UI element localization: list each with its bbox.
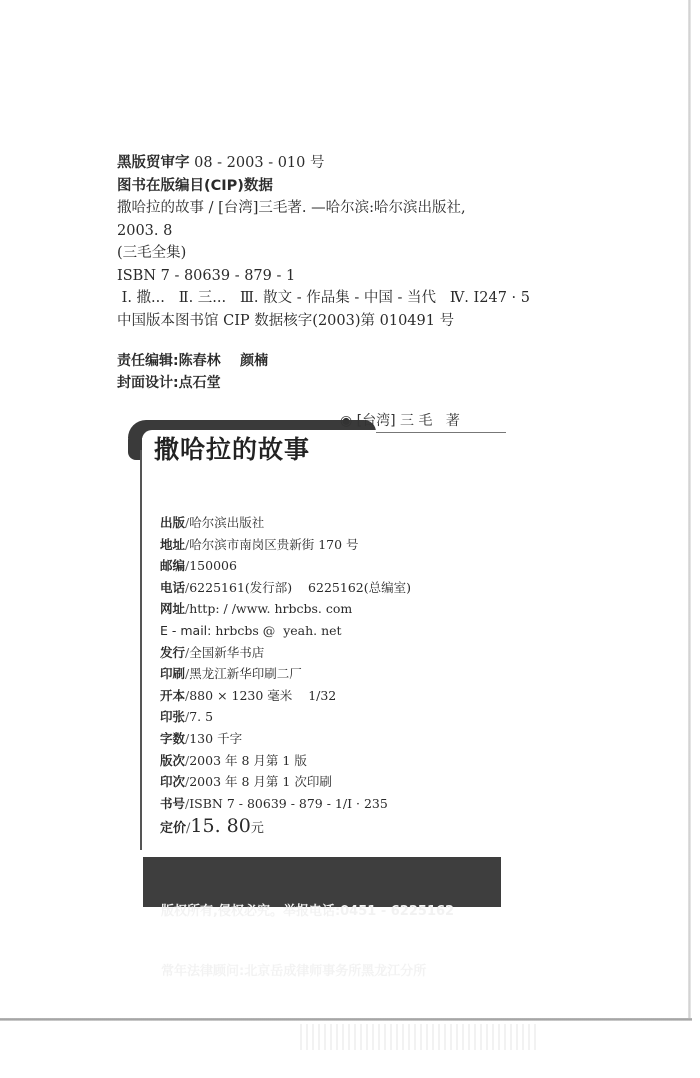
colophon-key: 印次 [160, 774, 185, 789]
colophon-value: 2003 年 8 月第 1 版 [189, 753, 307, 768]
colophon-key: 出版 [160, 515, 185, 530]
cip-heading: 图书在版编目(CIP)数据 [117, 175, 530, 198]
cover-designer: 封面设计:点石堂 [117, 372, 268, 394]
colophon-row: 网址/http: / /www. hrbcbs. com [160, 598, 411, 620]
editor-value: 陈春林 颜楠 [179, 353, 269, 369]
colophon-value: 全国新华书店 [189, 645, 264, 660]
colophon-row: 印刷/黑龙江新华印刷二厂 [160, 663, 411, 685]
page-edge-bottom [0, 1018, 692, 1021]
colophon-row: 邮编/150006 [160, 555, 411, 577]
colophon-value: 2003 年 8 月第 1 次印刷 [189, 774, 332, 789]
approval-value: 08 - 2003 - 010 号 [194, 155, 324, 171]
cip-line: 撒哈拉的故事 / [台湾]三毛著. —哈尔滨:哈尔滨出版社, [117, 197, 530, 220]
colophon-value: 哈尔滨市南岗区贵新街 170 号 [189, 537, 358, 552]
page-edge-right [688, 0, 691, 1018]
colophon-key: 开本 [160, 688, 185, 703]
copyright-notice: 版权所有,侵权必究。举报电话:0451 - 6225162 常年法律顾问:北京岳… [143, 857, 501, 907]
colophon-key: 地址 [160, 537, 185, 552]
colophon-value: 哈尔滨出版社 [189, 515, 264, 530]
colophon-row: 版次/2003 年 8 月第 1 版 [160, 750, 411, 772]
colophon-row: 发行/全国新华书店 [160, 642, 411, 664]
frame-left-rule [140, 450, 142, 850]
colophon-value: 7. 5 [189, 709, 213, 724]
colophon-row: 书号/ISBN 7 - 80639 - 879 - 1/I · 235 [160, 793, 411, 815]
colophon-value: 黑龙江新华印刷二厂 [189, 666, 302, 681]
colophon-value: 6225161(发行部) 6225162(总编室) [189, 580, 411, 595]
colophon-key: 电话 [160, 580, 185, 595]
approval-label: 黑版贸审字 [117, 155, 190, 171]
colophon-row: 印张/7. 5 [160, 706, 411, 728]
author-line: ◉ [台湾] 三 毛 著 [340, 410, 460, 430]
price-value: 15. 80 [190, 815, 250, 837]
approval-number: 黑版贸审字 08 - 2003 - 010 号 [117, 152, 530, 175]
cip-line: ISBN 7 - 80639 - 879 - 1 [117, 265, 530, 288]
colophon: 出版/哈尔滨出版社 地址/哈尔滨市南岗区贵新街 170 号 邮编/150006 … [160, 512, 411, 840]
cip-line: 2003. 8 [117, 220, 530, 243]
cover-label: 封面设计: [117, 375, 179, 391]
cip-line: (三毛全集) [117, 242, 530, 265]
colophon-key: 字数 [160, 731, 185, 746]
colophon-row: 出版/哈尔滨出版社 [160, 512, 411, 534]
notice-line-2: 常年法律顾问:北京岳成律师事务所黑龙江分所 [161, 962, 501, 982]
colophon-value: http: / /www. hrbcbs. com [189, 601, 352, 616]
editor-label: 责任编辑: [117, 353, 179, 369]
colophon-key: 印刷 [160, 666, 185, 681]
colophon-key: 书号 [160, 796, 185, 811]
book-title: 撒哈拉的故事 [154, 430, 310, 466]
colophon-key: 印张 [160, 709, 185, 724]
price-key: 定价 [160, 821, 186, 836]
colophon-value: 880 × 1230 毫米 1/32 [189, 688, 336, 703]
price-unit: 元 [251, 821, 264, 836]
frame-top-rule [376, 432, 506, 433]
colophon-value: hrbcbs @ yeah. net [211, 623, 341, 638]
responsible-editor: 责任编辑:陈春林 颜楠 [117, 350, 268, 372]
colophon-key: 版次 [160, 753, 185, 768]
colophon-key: 网址 [160, 601, 185, 616]
colophon-row: 字数/130 千字 [160, 728, 411, 750]
colophon-key: 发行 [160, 645, 185, 660]
notice-line-1: 版权所有,侵权必究。举报电话:0451 - 6225162 [161, 902, 501, 922]
colophon-row: 电话/6225161(发行部) 6225162(总编室) [160, 577, 411, 599]
cip-block: 黑版贸审字 08 - 2003 - 010 号 图书在版编目(CIP)数据 撒哈… [117, 152, 530, 332]
editors-block: 责任编辑:陈春林 颜楠 封面设计:点石堂 [117, 350, 268, 394]
colophon-row: E - mail: hrbcbs @ yeah. net [160, 620, 411, 642]
price-row: 定价/15. 80元 [160, 816, 411, 840]
scan-noise [300, 1024, 540, 1050]
colophon-value: ISBN 7 - 80639 - 879 - 1/I · 235 [189, 796, 388, 811]
colophon-key: 邮编 [160, 558, 185, 573]
cover-value: 点石堂 [179, 375, 221, 391]
cip-line: Ⅰ. 撒... Ⅱ. 三... Ⅲ. 散文 - 作品集 - 中国 - 当代 Ⅳ.… [117, 287, 530, 310]
colophon-row: 开本/880 × 1230 毫米 1/32 [160, 685, 411, 707]
cip-line: 中国版本图书馆 CIP 数据核字(2003)第 010491 号 [117, 310, 530, 333]
colophon-value: 130 千字 [189, 731, 242, 746]
colophon-row: 地址/哈尔滨市南岗区贵新街 170 号 [160, 534, 411, 556]
colophon-value: 150006 [189, 558, 237, 573]
colophon-key: E - mail: [160, 623, 211, 638]
colophon-row: 印次/2003 年 8 月第 1 次印刷 [160, 771, 411, 793]
